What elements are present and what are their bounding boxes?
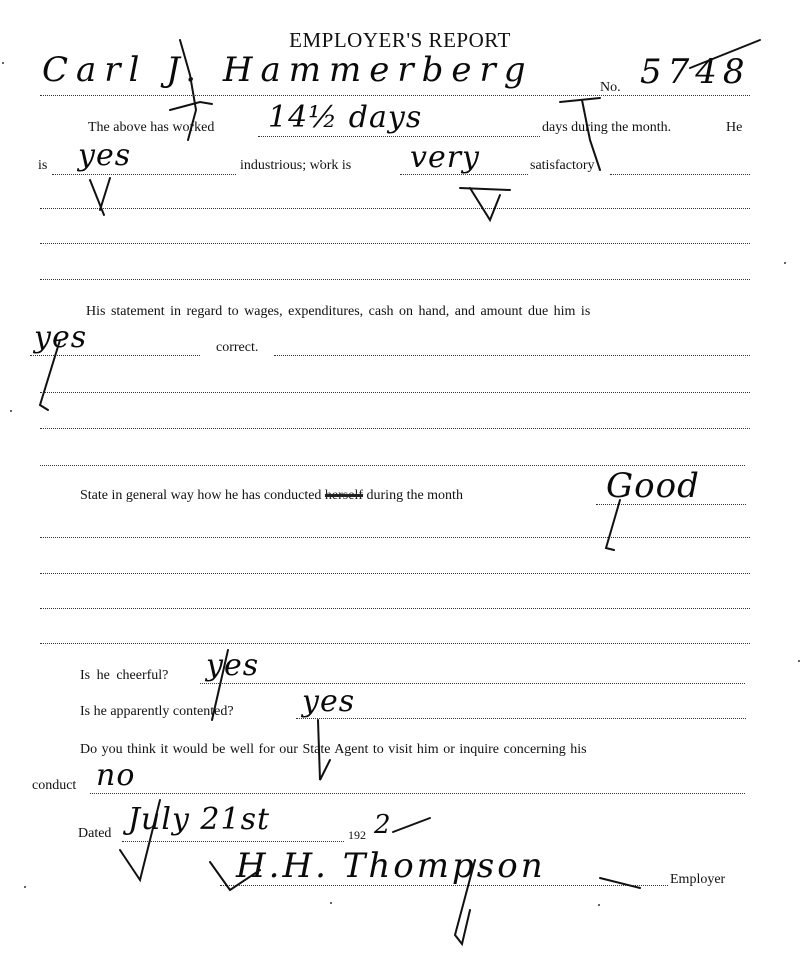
worked-prefix: The above has worked xyxy=(88,120,214,136)
days-field-line xyxy=(258,136,540,137)
days-worked-value: 14½ days xyxy=(268,100,422,135)
blank-line xyxy=(40,573,750,574)
dated-label: Dated xyxy=(78,826,111,842)
number-label: No. xyxy=(600,80,621,96)
conduct-label: conduct xyxy=(32,778,76,794)
year-prefix: 192 xyxy=(348,828,366,843)
scan-speck xyxy=(24,886,26,888)
contented-question: Is he apparently contented? xyxy=(80,704,234,720)
conduct-question: State in general way how he has conducte… xyxy=(80,488,463,504)
blank-line xyxy=(40,643,750,644)
scan-speck xyxy=(784,262,786,264)
blank-line xyxy=(274,355,750,356)
scan-speck xyxy=(10,410,12,412)
remarks-line xyxy=(610,174,750,175)
he-label: He xyxy=(726,120,742,136)
scan-speck xyxy=(2,62,4,64)
statement-answer-line xyxy=(30,355,200,356)
blank-line xyxy=(40,428,750,429)
visit-question: Do you think it would be well for our St… xyxy=(80,742,587,758)
date-value: July 21st xyxy=(128,802,270,837)
year-suffix: 2 xyxy=(374,810,392,840)
contented-answer: yes xyxy=(302,684,355,719)
blank-line xyxy=(40,608,750,609)
cheerful-answer-line xyxy=(200,683,745,684)
conduct-question-suffix: during the month xyxy=(367,488,463,503)
scan-speck xyxy=(330,902,332,904)
worked-suffix: days during the month. xyxy=(542,120,671,136)
employee-name: Carl J. Hammerberg xyxy=(42,50,534,90)
scan-speck xyxy=(598,904,600,906)
industrious-value: yes xyxy=(78,138,131,173)
contented-answer-line xyxy=(296,718,746,719)
name-line xyxy=(40,95,750,96)
blank-line xyxy=(40,279,750,280)
scan-speck xyxy=(320,160,322,162)
correct-label: correct. xyxy=(216,340,258,356)
employer-signature: H.H. Thompson xyxy=(236,846,546,886)
conduct-question-prefix: State in general way how he has conducte… xyxy=(80,488,321,503)
blank-line xyxy=(40,208,750,209)
is-label: is xyxy=(38,158,47,174)
struck-word: herself xyxy=(325,488,363,503)
statement-answer: yes xyxy=(34,320,87,355)
visit-answer: no xyxy=(96,758,135,793)
cheerful-question: Is he cheerful? xyxy=(80,668,168,684)
employee-number: 5748 xyxy=(640,52,751,92)
satisfactory-label: satisfactory xyxy=(530,158,595,174)
industrious-field-line xyxy=(52,174,236,175)
conduct-answer: Good xyxy=(606,466,700,506)
statement-question: His statement in regard to wages, expend… xyxy=(86,304,590,320)
date-line xyxy=(122,841,344,842)
industrious-label: industrious; work is xyxy=(240,158,351,174)
visit-answer-line xyxy=(90,793,745,794)
employer-label: Employer xyxy=(670,872,725,888)
blank-line xyxy=(40,243,750,244)
cheerful-answer: yes xyxy=(206,648,259,683)
blank-line xyxy=(40,537,750,538)
satisfactory-value: very xyxy=(410,140,480,175)
blank-line xyxy=(40,392,750,393)
